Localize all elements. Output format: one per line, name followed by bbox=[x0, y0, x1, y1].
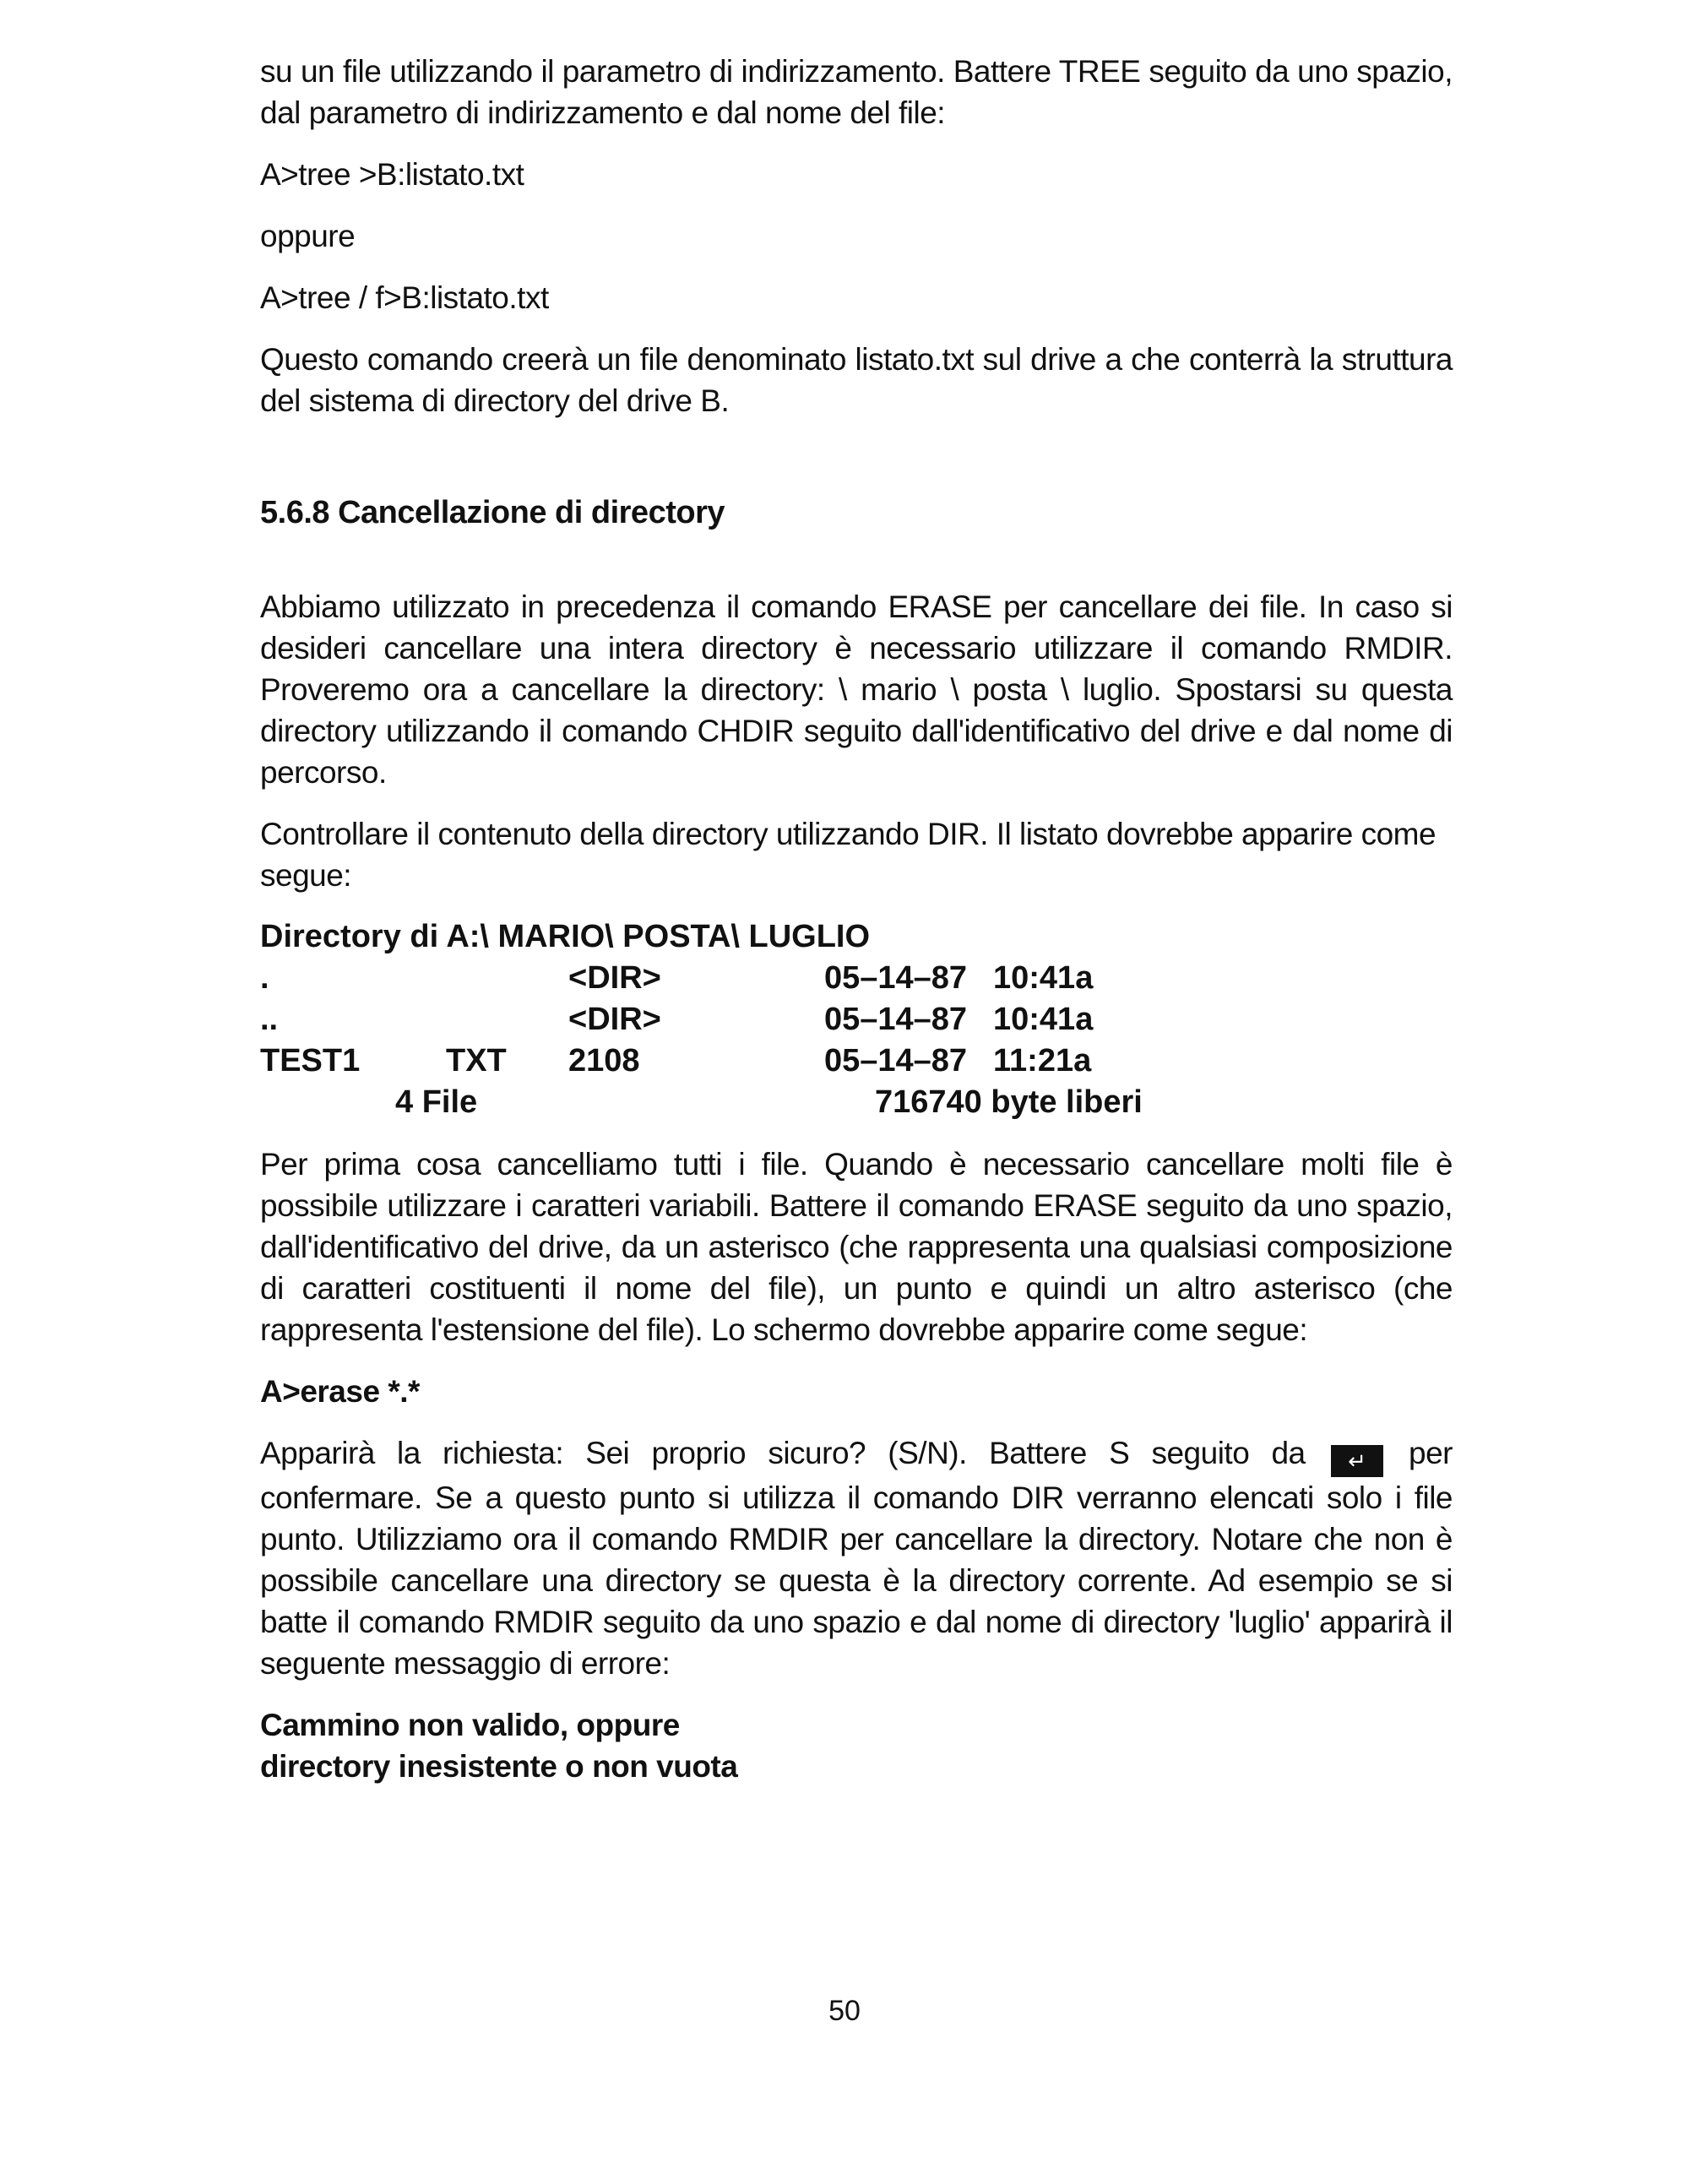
file-count: 4 File bbox=[395, 1082, 477, 1123]
rmdir-intro-paragraph: Abbiamo utilizzato in precedenza il coma… bbox=[260, 586, 1453, 793]
section-heading: 5.6.8 Cancellazione di directory bbox=[260, 492, 1453, 534]
listing-summary-row: 4 File 716740 byte liberi bbox=[260, 1082, 1453, 1123]
confirm-text-before: Apparirà la richiesta: Sei proprio sicur… bbox=[260, 1436, 1306, 1470]
tree-command-2: A>tree / f>B:listato.txt bbox=[260, 277, 1453, 318]
erase-command: A>erase *.* bbox=[260, 1371, 1453, 1412]
erase-explanation-paragraph: Per prima cosa cancelliamo tutti i file.… bbox=[260, 1144, 1453, 1350]
file-date: 05–14–87 bbox=[824, 1040, 967, 1082]
confirm-text-after: per confermare. Se a questo punto si uti… bbox=[260, 1436, 1453, 1681]
listing-title-row: Directory di A:\ MARIO\ POSTA\ LUGLIO bbox=[260, 916, 1453, 958]
tree-command-1: A>tree >B:listato.txt bbox=[260, 154, 1453, 195]
file-size: 2108 bbox=[568, 1040, 640, 1082]
file-name: TEST1 bbox=[260, 1040, 360, 1082]
listing-title: Directory di A:\ MARIO\ POSTA\ LUGLIO bbox=[260, 916, 870, 958]
file-date: 05–14–87 bbox=[824, 999, 967, 1040]
confirm-paragraph: Apparirà la richiesta: Sei proprio sicur… bbox=[260, 1432, 1453, 1684]
listing-row: TEST1 TXT 2108 05–14–87 11:21a bbox=[260, 1040, 1453, 1082]
file-date: 05–14–87 bbox=[824, 958, 967, 999]
enter-key-icon: ↵ bbox=[1331, 1445, 1383, 1477]
error-message-line-1: Cammino non valido, oppure bbox=[260, 1704, 1453, 1746]
listing-row: . <DIR> 05–14–87 10:41a bbox=[260, 958, 1453, 999]
file-time: 10:41a bbox=[993, 958, 1093, 999]
tree-explanation: Questo comando creerà un file denominato… bbox=[260, 339, 1453, 421]
document-page: su un file utilizzando il parametro di i… bbox=[260, 51, 1453, 1787]
file-size: <DIR> bbox=[568, 999, 661, 1040]
file-size: <DIR> bbox=[568, 958, 661, 999]
page-number: 50 bbox=[0, 1995, 1689, 2028]
file-time: 11:21a bbox=[993, 1040, 1091, 1082]
dir-instruction-paragraph: Controllare il contenuto della directory… bbox=[260, 813, 1453, 896]
intro-paragraph: su un file utilizzando il parametro di i… bbox=[260, 51, 1453, 133]
file-extension: TXT bbox=[446, 1040, 507, 1082]
error-message-line-2: directory inesistente o non vuota bbox=[260, 1746, 1453, 1787]
directory-listing: Directory di A:\ MARIO\ POSTA\ LUGLIO . … bbox=[260, 916, 1453, 1123]
listing-row: .. <DIR> 05–14–87 10:41a bbox=[260, 999, 1453, 1040]
file-name: . bbox=[260, 958, 269, 999]
oppure-text: oppure bbox=[260, 215, 1453, 257]
file-time: 10:41a bbox=[993, 999, 1093, 1040]
file-name: .. bbox=[260, 999, 278, 1040]
free-bytes: 716740 byte liberi bbox=[875, 1082, 1143, 1123]
